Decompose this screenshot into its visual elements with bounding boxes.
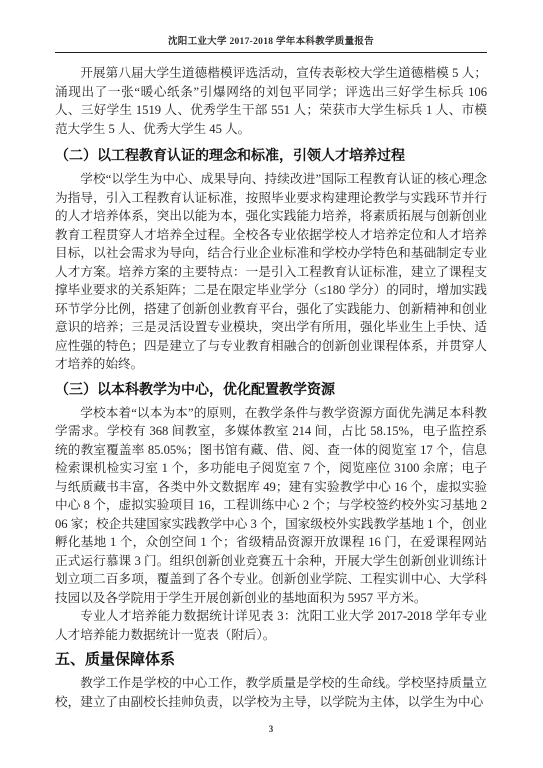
- paragraph-teaching-resources: 学校本着“以本为本”的原则，在教学条件与教学资源方面优先满足本科教学需求。学校有…: [55, 404, 487, 608]
- page-number: 3: [269, 724, 274, 734]
- running-header-title: 沈阳工业大学 2017-2018 学年本科教学质量报告: [168, 37, 374, 47]
- section-heading-engineering-accreditation: （二）以工程教育认证的理念和标准，引领人才培养过程: [55, 144, 487, 166]
- running-header: 沈阳工业大学 2017-2018 学年本科教学质量报告: [55, 36, 487, 53]
- chapter-heading-quality-assurance: 五、质量保障体系: [55, 649, 487, 671]
- page-footer: 3: [55, 719, 487, 737]
- paragraph-moral-model-awards: 开展第八届大学生道德楷模评选活动，宣传表彰校大学生道德楷模 5 人；涌现出了一张…: [55, 64, 487, 138]
- paragraph-data-statistics-note: 专业人才培养能力数据统计详见表 3：沈阳工业大学 2017-2018 学年专业人…: [55, 607, 487, 644]
- paragraph-quality-assurance: 教学工作是学校的中心工作，教学质量是学校的生命线。学校坚持质量立校，建立了由副校…: [55, 674, 487, 711]
- paragraph-engineering-accreditation: 学校“以学生为中心、成果导向、持续改进”国际工程教育认证的核心理念为指导，引入工…: [55, 170, 487, 374]
- document-body: 开展第八届大学生道德楷模评选活动，宣传表彰校大学生道德楷模 5 人；涌现出了一张…: [55, 64, 487, 711]
- section-heading-teaching-resources: （三）以本科教学为中心，优化配置教学资源: [55, 378, 487, 400]
- document-page: 沈阳工业大学 2017-2018 学年本科教学质量报告 开展第八届大学生道德楷模…: [0, 0, 543, 768]
